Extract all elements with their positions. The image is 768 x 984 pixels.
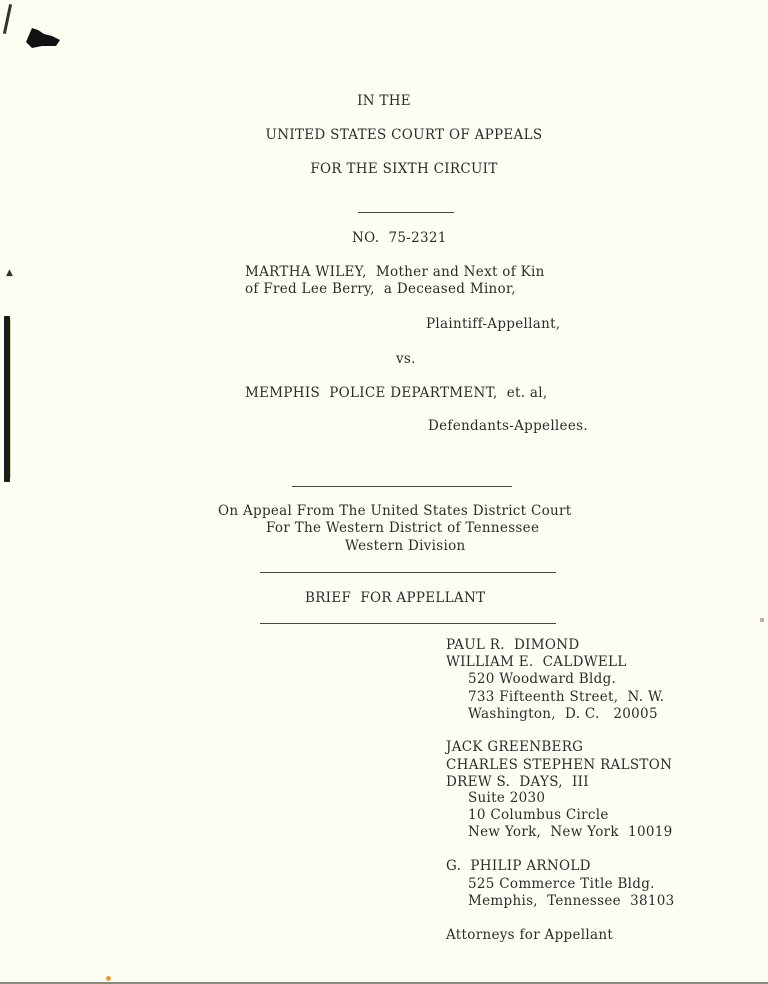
defendant-role: Defendants-Appellees.: [428, 418, 588, 434]
divider: [358, 212, 454, 213]
attorney-address-line: Memphis, Tennessee 38103: [468, 893, 675, 909]
court-heading-line-2: UNITED STATES COURT OF APPEALS: [20, 127, 768, 143]
scan-edge-mark: [3, 4, 12, 34]
attorney-address-line: 10 Columbus Circle: [468, 807, 609, 823]
plaintiff-line-2: of Fred Lee Berry, a Deceased Minor,: [245, 281, 516, 297]
margin-mark: ▲: [6, 268, 13, 278]
versus: vs.: [396, 351, 416, 367]
attorney-address-line: 733 Fifteenth Street, N. W.: [468, 689, 664, 705]
attorney-address-line: 525 Commerce Title Bldg.: [468, 876, 655, 892]
court-heading-line-1: IN THE: [0, 93, 768, 109]
scan-dot: [106, 976, 111, 981]
scan-speck: [760, 618, 764, 622]
case-number: NO. 75-2321: [352, 230, 447, 246]
attorney-name: PAUL R. DIMOND: [446, 637, 579, 653]
attorney-name: CHARLES STEPHEN RALSTON: [446, 757, 672, 773]
plaintiff-line-1: MARTHA WILEY, Mother and Next of Kin: [245, 264, 545, 280]
attorney-address-line: New York, New York 10019: [468, 824, 673, 840]
ink-blot: [22, 24, 62, 50]
attorneys-footer: Attorneys for Appellant: [446, 927, 613, 943]
attorney-name: DREW S. DAYS, III: [446, 774, 589, 790]
brief-title: BRIEF FOR APPELLANT: [305, 590, 485, 606]
divider: [260, 623, 556, 624]
defendant: MEMPHIS POLICE DEPARTMENT, et. al,: [245, 385, 548, 401]
divider: [292, 486, 512, 487]
appeal-line-3: Western Division: [345, 538, 466, 554]
divider: [260, 572, 556, 573]
attorney-name: WILLIAM E. CALDWELL: [446, 654, 627, 670]
court-heading-line-3: FOR THE SIXTH CIRCUIT: [20, 161, 768, 177]
attorney-address-line: Suite 2030: [468, 790, 545, 806]
attorney-address-line: 520 Woodward Bldg.: [468, 671, 616, 687]
document-page: ▲ IN THE UNITED STATES COURT OF APPEALS …: [0, 0, 768, 984]
attorney-name: JACK GREENBERG: [446, 739, 583, 755]
attorney-name: G. PHILIP ARNOLD: [446, 858, 591, 874]
scan-edge-shadow: [10, 318, 11, 478]
plaintiff-role: Plaintiff-Appellant,: [426, 316, 560, 332]
attorney-address-line: Washington, D. C. 20005: [468, 706, 658, 722]
appeal-line-1: On Appeal From The United States Distric…: [218, 503, 572, 519]
appeal-line-2: For The Western District of Tennessee: [266, 520, 539, 536]
